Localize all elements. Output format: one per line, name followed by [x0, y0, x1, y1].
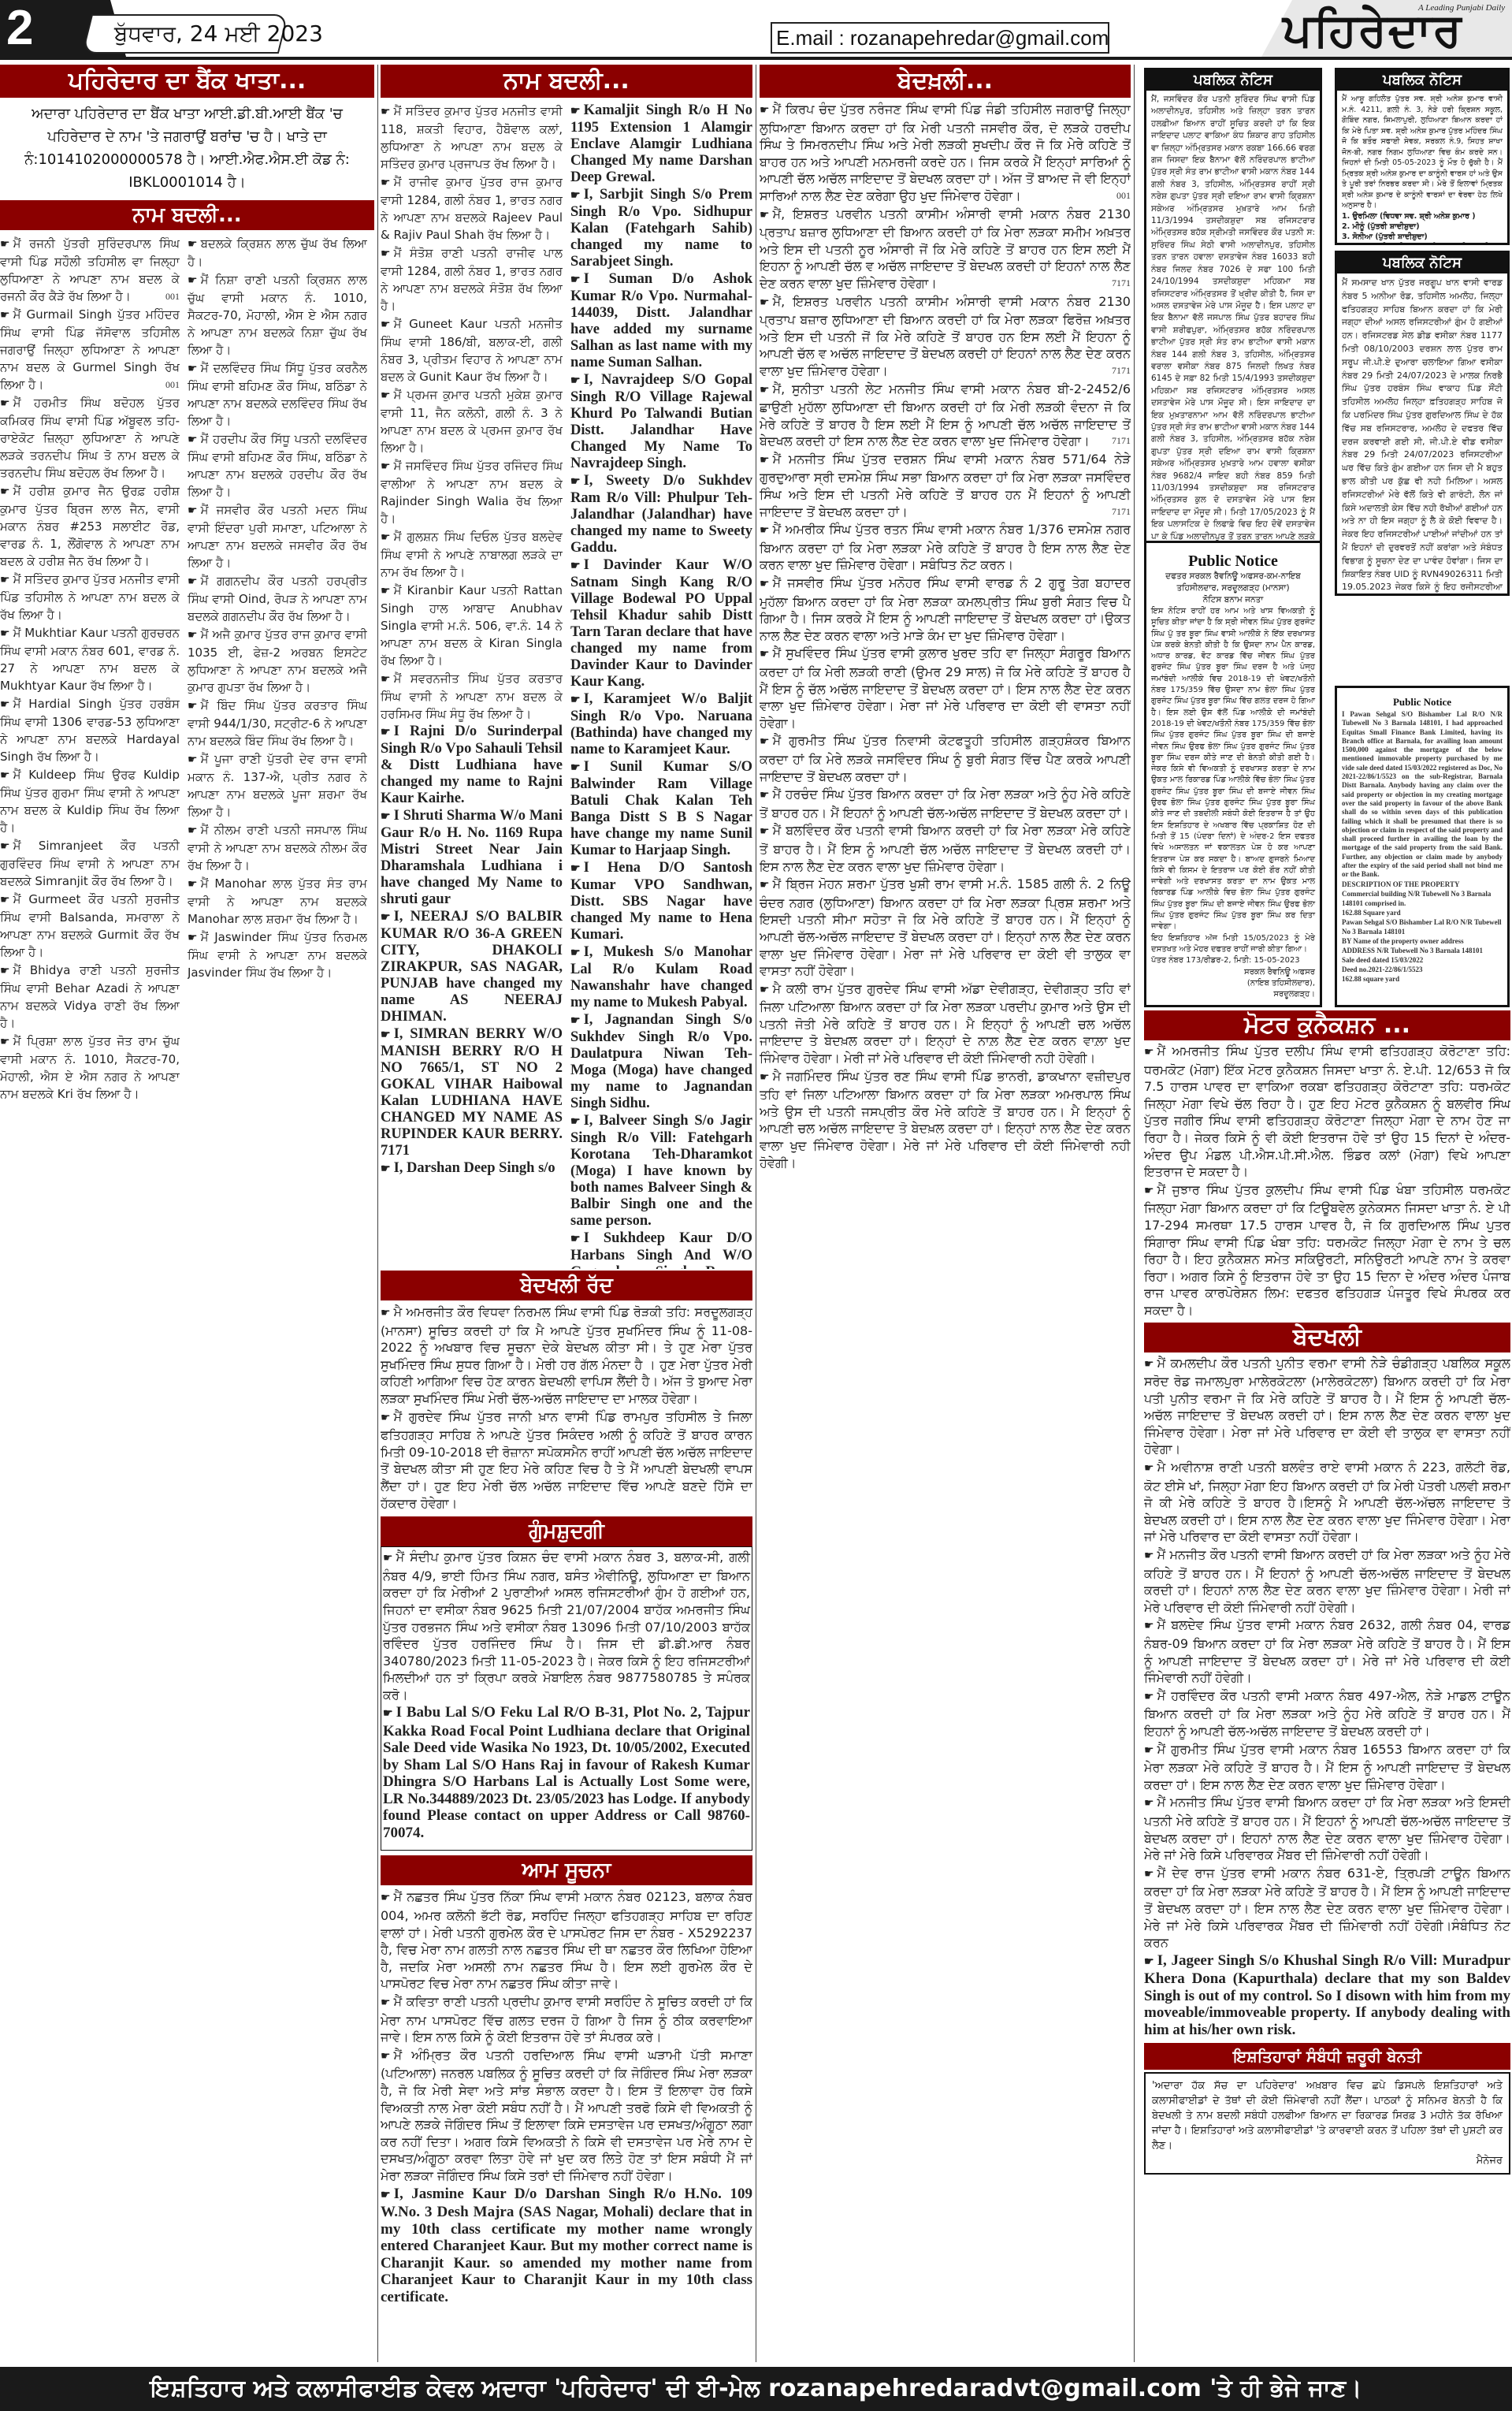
pointing-hand-icon: ☛ — [381, 389, 391, 402]
item-text: ਮੈਂ ਸੰਦੀਪ ਕੁਮਾਰ ਪੁੱਤਰ ਕਿਸ਼ਨ ਚੰਦ ਵਾਸੀ ਮਕਾ… — [383, 1550, 750, 1702]
heir-entry: 2. ਮੀਨੂੰ (ਪੁੱਤਰੀ ਸ਼ਾਦੀਸ਼ੁਦਾ) — [1342, 221, 1503, 232]
pointing-hand-icon: ☛ — [760, 984, 770, 996]
list-item: ☛I Davinder Kaur W/O Satnam Singh Kang R… — [570, 557, 752, 690]
pointing-hand-icon: ☛ — [760, 1071, 770, 1084]
item-text: I Suman D/o Ashok Kumar R/o Vpo. Nurmaha… — [570, 271, 752, 370]
item-text: ਮੈਂ Hardial Singh ਪੁੱਤਰ ਹਰਬੰਸ ਸਿੰਘ ਵਾਸੀ … — [0, 697, 180, 764]
list-item: ☛ਮੈਂ ਗੁਰਮੀਤ ਸਿੰਘ ਪੁੱਤਰ ਨਿਵਾਸੀ ਕੋਟਫਤੂਹੀ ਤ… — [760, 732, 1131, 785]
ad-code: 001 — [165, 288, 180, 305]
list-item: ☛ਮੈਂ ਸੰਤੋਸ਼ ਰਾਣੀ ਪਤਨੀ ਰਾਜੀਵ ਪਾਲ ਵਾਸੀ 128… — [381, 244, 563, 314]
item-text: ਮੈਂ ਹਰੀਸ਼ ਕੁਮਾਰ ਜੈਨ ਉਰਫ਼ ਹਰੀਸ਼ ਕੁਮਾਰ ਪੁੱ… — [0, 484, 180, 568]
public-notice-4-title: Public Notice — [1151, 553, 1315, 571]
public-notice-2: ਪਬਲਿਕ ਨੋਟਿਸ ਮੈਂ ਆਸ਼ੂ ਗਹਿਲੋਤ ਪੁੱਤਰ ਸਵ. ਸ਼… — [1335, 68, 1510, 245]
item-text: I, NEERAJ S/O BALBIR KUMAR R/O 36-A GREE… — [381, 909, 563, 1025]
list-item: ☛ਮੈਂ ਸਵਰਨਜੀਤ ਸਿੰਘ ਪੁੱਤਰ ਕਰਤਾਰ ਸਿੰਘ ਵਾਸੀ … — [381, 670, 563, 723]
ad-code: 001 — [1116, 188, 1131, 205]
list-item: ☛ਮੈਂ ਕਵਿਤਾ ਰਾਣੀ ਪਤਨੀ ਪ੍ਰਦੀਪ ਕੁਮਾਰ ਵਾਸੀ ਸ… — [381, 1993, 752, 2046]
public-notice-2-title: ਪਬਲਿਕ ਨੋਟਿਸ — [1337, 70, 1507, 91]
name-change-list-1: ☛ਮੈਂ ਰਜਨੀ ਪੁੱਤਰੀ ਸੁਰਿੰਦਰਪਾਲ ਸਿੰਘ ਵਾਸੀ ਪਿ… — [0, 235, 180, 1103]
item-text: ਬਦਲਕੇ ਕ੍ਰਿਸ਼ਨ ਲਾਲ ਚੁੱਘ ਰੱਖ ਲਿਆ ਹੈ। — [188, 236, 367, 269]
pointing-hand-icon: ☛ — [760, 648, 770, 660]
pointing-hand-icon: ☛ — [381, 1307, 391, 1319]
list-item: ☛ਮੈਂ Bhidya ਰਾਣੀ ਪਤਨੀ ਸੁਰਜੀਤ ਸਿੰਘ ਵਾਸੀ B… — [0, 962, 180, 1032]
list-item: ☛ਮੈਂ ਜਸਵੀਰ ਸਿੰਘ ਪੁੱਤਰ ਮਨੋਹਰ ਸਿੰਘ ਵਾਸੀ ਵਾ… — [760, 575, 1131, 644]
pointing-hand-icon: ☛ — [0, 574, 10, 586]
public-notice-4-sign-1: ਸਰਕਲ ਰੈਵਨਿਊ ਅਫਸਰ — [1151, 967, 1315, 978]
list-item: ☛ਮੈਂ ਨਛਤਰ ਸਿੰਘ ਪੁੱਤਰ ਨਿੱਕਾ ਸਿੰਘ ਵਾਸੀ ਮਕਾ… — [381, 1888, 752, 1992]
ad-code: 7171 — [1112, 433, 1131, 450]
item-text: ਮੈਂ Guneet Kaur ਪਤਨੀ ਮਨਜੀਤ ਸਿੰਘ ਵਾਸੀ 186… — [381, 317, 563, 384]
pointing-hand-icon: ☛ — [570, 560, 581, 572]
name-change-banner: ਨਾਮ ਬਦਲੀ... — [0, 200, 374, 230]
list-item: ☛ਮੈਂ Manohar ਲਾਲ ਪੁੱਤਰ ਸੰਤ ਰਾਮ ਵਾਸੀ ਨੇ ਆ… — [188, 875, 367, 928]
item-text: ਮੈਂ Kuldeep ਸਿੰਘ ਉਰਫ Kuldip ਸਿੰਘ ਪੁੱਤਰ ਗ… — [0, 768, 180, 835]
list-item: ☛I, NEERAJ S/O BALBIR KUMAR R/O 36-A GRE… — [381, 909, 563, 1025]
list-item: ☛ਬਦਲਕੇ ਕ੍ਰਿਸ਼ਨ ਲਾਲ ਚੁੱਘ ਰੱਖ ਲਿਆ ਹੈ। — [188, 235, 367, 270]
column-right-lower: ਮੋਟਰ ਕੁਨੈਕਸ਼ਨ ... ☛ਮੈਂ ਅਮਰਜੀਤ ਸਿੰਘ ਪੁੱਤਰ… — [1144, 1010, 1510, 2364]
ad-code: 001 — [165, 376, 180, 393]
item-text: ਮੈਂ ਕਿਰਪ ਚੰਦ ਪੁੱਤਰ ਨਰੰਜਣ ਸਿੰਘ ਵਾਸੀ ਪਿੰਡ … — [760, 102, 1131, 203]
pointing-hand-icon: ☛ — [570, 947, 581, 959]
name-change-subcol-1: ☛ਮੈਂ ਰਜਨੀ ਪੁੱਤਰੀ ਸੁਰਿੰਦਰਪਾਲ ਸਿੰਘ ਵਾਸੀ ਪਿ… — [0, 235, 180, 2364]
column-center-left: ਨਾਮ ਬਦਲੀ... ☛ਮੈਂ ਸਤਿੰਦਰ ਕੁਮਾਰ ਪੁੱਤਰ ਮਨਜੀ… — [381, 65, 752, 2364]
list-item: ☛I Rajni D/o Surinderpal Singh R/o Vpo S… — [381, 724, 563, 807]
list-item: ☛ਮੈਂ ਅੰਮ੍ਰਿਤ ਕੌਰ ਪਤਨੀ ਹਰਦਿਆਲ ਸਿੰਘ ਵਾਸੀ ਘ… — [381, 2047, 752, 2185]
public-notice-1-text: ਮੈਂ, ਜਸਵਿੰਦਰ ਕੌਰ ਪਤਨੀ ਸੁਰਿੰਦਰ ਸਿੰਘ ਵਾਸੀ … — [1151, 94, 1315, 584]
pointing-hand-icon: ☛ — [188, 824, 198, 837]
pointing-hand-icon: ☛ — [381, 1412, 391, 1424]
pointing-hand-icon: ☛ — [0, 309, 10, 322]
list-item: ☛ਮੈਂ ਜਸਵਿੰਦਰ ਸਿੰਘ ਪੁੱਤਰ ਰਜਿੰਦਰ ਸਿੰਘ ਵਾਲੀ… — [381, 457, 563, 527]
list-item: ☛ਮੈਂ ਮਨਜੀਤ ਕੌਰ ਪਤਨੀ ਵਾਸੀ ਬਿਆਨ ਕਰਦੀ ਹਾਂ ਕ… — [1144, 1546, 1510, 1616]
item-text: ਮੈਂ Kiranbir Kaur ਪਤਨੀ Rattan Singh ਹਾਲ … — [381, 583, 563, 668]
list-item: ☛ਮੈ ਕਲੀ ਰਾਮ ਪੁੱਤਰ ਗੁਰਦੇਵ ਸਿੰਘ ਵਾਸੀ ਅੱਡਾ … — [760, 980, 1131, 1067]
name-change-subcol-2: ☛ਬਦਲਕੇ ਕ੍ਰਿਸ਼ਨ ਲਾਲ ਚੁੱਘ ਰੱਖ ਲਿਆ ਹੈ।☛ਮੈਂ … — [188, 235, 367, 2364]
item-text: ਮੈਂ ਸੁਖਵਿੰਦਰ ਸਿੰਘ ਪੁੱਤਰ ਵਾਸੀ ਕੁਲਾਰ ਖੁਰਦ … — [760, 646, 1131, 730]
pointing-hand-icon: ☛ — [760, 524, 770, 537]
list-item: ☛ਮੈਂ Hardial Singh ਪੁੱਤਰ ਹਰਬੰਸ ਸਿੰਘ ਵਾਸੀ… — [0, 695, 180, 765]
item-text: ਮੈਂ ਨੀਲਮ ਰਾਣੀ ਪਤਨੀ ਜਸਪਾਲ ਸਿੰਘ ਵਾਸੀ ਨੇ ਆਪ… — [188, 823, 367, 872]
item-text: ਮੈਂ Simranjeet ਕੌਰ ਪਤਨੀ ਗੁਰਵਿੰਦਰ ਸਿੰਘ ਵਾ… — [0, 839, 180, 888]
list-item: ☛ਮੈਂ ਪ੍ਰਮਜ ਕੁਮਾਰ ਪਤਨੀ ਮੁਕੇਸ਼ ਕੁਮਾਰ ਵਾਸੀ … — [381, 386, 563, 456]
item-text: ਮੈਂ ਬਲਵਿੰਦਰ ਕੌਰ ਪਤਨੀ ਵਾਸੀ ਬਿਆਨ ਕਰਦੀ ਹਾਂ … — [760, 823, 1131, 873]
list-item: ☛ਮੈਂ, ਇਸ਼ਰਤ ਪਰਵੀਨ ਪਤਨੀ ਕਾਸੀਮ ਅੰਸਾਰੀ ਵਾਸੀ… — [760, 293, 1131, 380]
disown-list: ☛ਮੈਂ ਕਿਰਪ ਚੰਦ ਪੁੱਤਰ ਨਰੰਜਣ ਸਿੰਘ ਵਾਸੀ ਪਿੰਡ… — [760, 101, 1131, 1171]
pointing-hand-icon: ☛ — [0, 486, 10, 498]
motor-connection-banner: ਮੋਟਰ ਕੁਨੈਕਸ਼ਨ ... — [1144, 1010, 1510, 1040]
masthead-rule — [0, 57, 1512, 60]
item-text: I, Jagnandan Singh S/o Sukhdev Singh R/o… — [570, 1012, 752, 1111]
pointing-hand-icon: ☛ — [570, 375, 581, 387]
page-number: 2 — [6, 2, 33, 55]
list-item: ☛ਮੈਂ Guneet Kaur ਪਤਨੀ ਮਨਜੀਤ ਸਿੰਘ ਵਾਸੀ 18… — [381, 315, 563, 385]
pointing-hand-icon: ☛ — [188, 433, 198, 446]
disown-cancel-list: ☛ਮੈ ਅਮਰਜੀਤ ਕੌਰ ਵਿਧਵਾ ਨਿਰਮਲ ਸਿੰਘ ਵਾਸੀ ਪਿੰ… — [381, 1304, 752, 1512]
list-item: ☛I, Navrajdeep S/O Gopal Singh R/O Villa… — [570, 372, 752, 472]
item-text: I, SIMRAN BERRY W/O MANISH BERRY R/O H N… — [381, 1026, 563, 1159]
pointing-hand-icon: ☛ — [381, 531, 391, 544]
name-change-english-list-b: ☛Kamaljit Singh R/o H No 1195 Extension … — [570, 102, 752, 1269]
pointing-hand-icon: ☛ — [1144, 1691, 1154, 1703]
property-detail-line: 162.88 Square yard — [1342, 908, 1503, 917]
item-text: ਮੈਂ Gurmail Singh ਪੁੱਤਰ ਮਹਿੰਦਰ ਸਿੰਘ ਵਾਸੀ… — [0, 307, 180, 392]
pointing-hand-icon: ☛ — [383, 1552, 393, 1565]
list-item: ☛I, Mukesh S/o Manohar Lal R/o Kulam Roa… — [570, 944, 752, 1011]
list-item: ☛ਮੈਂ ਹਰੀਸ਼ ਕੁਮਾਰ ਜੈਨ ਉਰਫ਼ ਹਰੀਸ਼ ਕੁਮਾਰ ਪੁ… — [0, 482, 180, 570]
list-item: ☛ਮੈਂ Simranjeet ਕੌਰ ਪਤਨੀ ਗੁਰਵਿੰਦਰ ਸਿੰਘ ਵ… — [0, 837, 180, 890]
disown-right-banner: ਬੇਦਖਲੀ — [1144, 1323, 1510, 1352]
pointing-hand-icon: ☛ — [570, 863, 581, 875]
pointing-hand-icon: ☛ — [188, 274, 198, 287]
name-change-english-list-a: ☛I Rajni D/o Surinderpal Singh R/o Vpo S… — [381, 724, 563, 1178]
public-notice-4-text: ਇਸ ਨੋਟਿਸ ਰਾਹੀਂ ਹਰ ਆਮ ਅਤੇ ਖਾਸ ਵਿਅਕਤੀ ਨੂੰ … — [1151, 606, 1315, 933]
list-item: ☛I, Balveer Singh S/o Jagir Singh R/o Vi… — [570, 1113, 752, 1230]
item-text: I, Sweety D/o Sukhdev Ram R/o Vill: Phul… — [570, 473, 752, 556]
item-text: ਮੈਂ ਗੁਰਮੀਤ ਸਿੰਘ ਪੁੱਤਰ ਨਿਵਾਸੀ ਕੋਟਫਤੂਹੀ ਤਹ… — [760, 733, 1131, 783]
item-text: ਮੈਂ Manohar ਲਾਲ ਪੁੱਤਰ ਸੰਤ ਰਾਮ ਵਾਸੀ ਨੇ ਆਪ… — [188, 876, 367, 926]
list-item: ☛I, Jasmine Kaur D/o Darshan Singh R/o H… — [381, 2186, 752, 2306]
item-text: I, Mukesh S/o Manohar Lal R/o Kulam Road… — [570, 944, 752, 1010]
item-text: I Sunil Kumar S/O Balwinder Ram Village … — [570, 759, 752, 858]
pointing-hand-icon: ☛ — [1144, 1550, 1154, 1562]
ad-code: 7171 — [1112, 504, 1131, 521]
missing-list: ☛ਮੈਂ ਸੰਦੀਪ ਕੁਮਾਰ ਪੁੱਤਰ ਕਿਸ਼ਨ ਚੰਦ ਵਾਸੀ ਮਕ… — [381, 1546, 752, 1851]
pointing-hand-icon: ☛ — [188, 363, 198, 375]
pointing-hand-icon: ☛ — [381, 1996, 391, 2009]
pointing-hand-icon: ☛ — [188, 700, 198, 713]
item-text: I Sukhdeep Kaur D/O Harbans Singh And W/… — [570, 1230, 752, 1269]
list-item: ☛ਮੈ ਅਮਰਜੀਤ ਕੌਰ ਵਿਧਵਾ ਨਿਰਮਲ ਸਿੰਘ ਵਾਸੀ ਪਿੰ… — [381, 1304, 752, 1408]
list-item: ☛I Shruti Sharma W/o Mani Gaur R/o H. No… — [381, 808, 563, 908]
list-item: ☛ਮੈਂ ਕਮਲਦੀਪ ਕੌਰ ਪਤਨੀ ਪੁਨੀਤ ਵਰਮਾ ਵਾਸੀ ਨੇੜ… — [1144, 1355, 1510, 1459]
motor-connection-list: ☛ਮੈਂ ਅਮਰਜੀਤ ਸਿੰਘ ਪੁੱਤਰ ਦਲੀਪ ਸਿੰਘ ਵਾਸੀ ਫਤ… — [1144, 1043, 1510, 1319]
pointing-hand-icon: ☛ — [760, 578, 770, 590]
list-item: ☛ਮੈਂ ਬਲਦੇਵ ਸਿੰਘ ਪੁੱਤਰ ਵਾਸੀ ਮਕਾਨ ਨੰਬਰ 263… — [1144, 1617, 1510, 1686]
column-left: ਪਹਿਰੇਦਾਰ ਦਾ ਬੈਂਕ ਖਾਤਾ... ਅਦਾਰਾ ਪਹਿਰੇਦਾਰ … — [0, 65, 374, 2364]
list-item: ☛ਮੈਂ ਅਮਰੀਕ ਸਿੰਘ ਪੁੱਤਰ ਰਤਨ ਸਿੰਘ ਵਾਸੀ ਮਕਾਨ… — [760, 521, 1131, 574]
item-text: ਮੈਂ, ਸੁਨੀਤਾ ਪਤਨੀ ਲੇਟ ਮਨਜੀਤ ਸਿੰਘ ਵਾਸੀ ਮਕਾ… — [760, 381, 1131, 449]
public-notice-5: Public Notice I Pawan Sehgal S/O Bishamb… — [1335, 686, 1510, 1007]
item-text: ਮੈਂ Bhidya ਰਾਣੀ ਪਤਨੀ ਸੁਰਜੀਤ ਸਿੰਘ ਵਾਸੀ Be… — [0, 963, 180, 1030]
pointing-hand-icon: ☛ — [381, 1163, 391, 1175]
list-item: ☛ਮੈਂ ਮਨਜੀਤ ਸਿੰਘ ਪੁੱਤਰ ਵਾਸੀ ਬਿਆਨ ਕਰਦਾ ਹਾਂ… — [1144, 1794, 1510, 1863]
heir-entry: 1. ਉਰਮਿਲਾ (ਵਿਧਵਾ ਸਵ. ਸ਼੍ਰੀ ਅਨੇਸ਼ ਕੁਮਾਰ ) — [1342, 211, 1503, 221]
item-text: ਮੈਂ ਅਜੈ ਕੁਮਾਰ ਪੁੱਤਰ ਰਾਜ ਕੁਮਾਰ ਵਾਸੀ 1035 … — [188, 627, 367, 694]
list-item: ☛ਮੈਂ ਅਜੈ ਕੁਮਾਰ ਪੁੱਤਰ ਰਾਜ ਕੁਮਾਰ ਵਾਸੀ 1035… — [188, 626, 367, 696]
item-text: I Shruti Sharma W/o Mani Gaur R/o H. No.… — [381, 808, 563, 907]
list-item: ☛ਮੈਂ ਸੰਦੀਪ ਕੁਮਾਰ ਪੁੱਤਰ ਕਿਸ਼ਨ ਚੰਦ ਵਾਸੀ ਮਕ… — [383, 1549, 750, 1703]
public-notice-3: ਪਬਲਿਕ ਨੋਟਿਸ ਮੈਂ ਸਮਸਾਦ ਖਾਨ ਪੁੱਤਰ ਜਰਗੂਪ ਖਾ… — [1335, 251, 1510, 596]
pointing-hand-icon: ☛ — [1144, 1358, 1154, 1371]
list-item: ☛ਮੈਂ ਗੁਰਮੀਤ ਸਿੰਘ ਪੁੱਤਰ ਵਾਸੀ ਮਕਾਨ ਨੰਬਰ 16… — [1144, 1741, 1510, 1794]
list-item: ☛ਮੈਂ ਗੁਲਸ਼ਨ ਸਿੰਘ ਦਿਓਲ ਪੁੱਤਰ ਬਲਦੇਵ ਸਿੰਘ ਵ… — [381, 528, 563, 581]
pointing-hand-icon: ☛ — [188, 238, 198, 251]
pointing-hand-icon: ☛ — [570, 106, 581, 117]
pointing-hand-icon: ☛ — [760, 104, 770, 117]
item-text: ਮੈਂ ਦਲਵਿੰਦਰ ਸਿੰਘ ਸਿੱਧੂ ਪੁੱਤਰ ਕਰਨੈਲ ਸਿੰਘ … — [188, 361, 367, 428]
list-item: ☛ਮੈਂ Jaswinder ਸਿੰਘ ਪੁੱਤਰ ਨਿਰਮਲ ਸਿੰਘ ਵਾਸ… — [188, 928, 367, 981]
item-text: ਮੈਂ Mukhtiar Kaur ਪਤਨੀ ਗੁਰਚਰਨ ਸਿੰਘ ਵਾਸੀ … — [0, 626, 180, 693]
list-item: ☛I, SIMRAN BERRY W/O MANISH BERRY R/O H … — [381, 1026, 563, 1159]
item-text: I, Karamjeet W/o Baljit Singh R/o Vpo. N… — [570, 691, 752, 757]
item-text: ਮੈ ਅਮਰਜੀਤ ਕੌਰ ਵਿਧਵਾ ਨਿਰਮਲ ਸਿੰਘ ਵਾਸੀ ਪਿੰਡ… — [381, 1304, 752, 1406]
list-item: ☛ਮੈਂ ਸੁਖਵਿੰਦਰ ਸਿੰਘ ਪੁੱਤਰ ਵਾਸੀ ਕੁਲਾਰ ਖੁਰਦ… — [760, 645, 1131, 731]
item-text: ਮੈਂ ਹਰਮੀਤ ਸਿੰਘ ਬਦੋਹਲ ਪੁੱਤਰ ਕਮਿਕਰ ਸਿੰਘ ਵਾ… — [0, 396, 180, 480]
item-text: ਮੈਂ ਮਨਜੀਤ ਕੌਰ ਪਤਨੀ ਵਾਸੀ ਬਿਆਨ ਕਰਦੀ ਹਾਂ ਕਿ… — [1144, 1547, 1510, 1615]
public-notice-4-heading: ਨੋਟਿਸ ਬਨਾਮ ਜਨਤਾ — [1151, 594, 1315, 606]
item-text: ਮੈਂ ਸਤਿੰਦਰ ਕੁਮਾਰ ਪੁੱਤਰ ਮਨਜੀਤ ਵਾਸੀ ਪਿੰਡ ਤ… — [0, 572, 180, 622]
property-detail-line: BY Name of the property owner address — [1342, 936, 1503, 946]
list-item: ☛I, Karamjeet W/o Baljit Singh R/o Vpo. … — [570, 691, 752, 758]
public-notice-4-office-2: ਤਹਿਸੀਲਦਾਰ, ਸਰਦੂਲਗੜ੍ਹ (ਮਾਨਸਾ) — [1151, 582, 1315, 594]
pointing-hand-icon: ☛ — [760, 209, 770, 221]
item-text: ਮੈਂ ਗੁਰਮੀਤ ਸਿੰਘ ਪੁੱਤਰ ਵਾਸੀ ਮਕਾਨ ਨੰਬਰ 165… — [1144, 1742, 1510, 1792]
public-notice-4-sign-2: (ਨਾਇਬ ਤਹਿਸੀਲਦਾਰ), — [1151, 978, 1315, 989]
pointing-hand-icon: ☛ — [0, 965, 10, 977]
disown-banner: ਬੇਦਖ਼ਲੀ... — [760, 65, 1131, 98]
public-notice-4-letter: ਪੱਤਰ ਨੰਬਰ 173/ਰੀਡਰ-2, ਮਿਤੀ: 15-05-2023 — [1151, 955, 1315, 966]
item-text: ਮੈਂ ਸਤਿੰਦਰ ਕੁਮਾਰ ਪੁੱਤਰ ਮਨਜੀਤ ਵਾਸੀ 118, ਸ… — [381, 104, 563, 171]
list-item: ☛I, Sweety D/o Sukhdev Ram R/o Vill: Phu… — [570, 473, 752, 556]
name-change-banner-2: ਨਾਮ ਬਦਲੀ... — [381, 65, 752, 98]
item-text: ਮੈ ਕਲੀ ਰਾਮ ਪੁੱਤਰ ਗੁਰਦੇਵ ਸਿੰਘ ਵਾਸੀ ਅੱਡਾ ਦ… — [760, 981, 1131, 1066]
list-item: ☛ਮੈਂ ਪੂਜਾ ਰਾਣੀ ਪੁੱਤਰੀ ਦੇਵ ਰਾਜ ਵਾਸੀ ਮਕਾਨ … — [188, 750, 367, 820]
item-text: I Hena D/O Santosh Kumar VPO Sandhwan, D… — [570, 860, 752, 943]
list-item: ☛I Sukhdeep Kaur D/O Harbans Singh And W… — [570, 1230, 752, 1269]
pointing-hand-icon: ☛ — [760, 454, 770, 467]
pointing-hand-icon: ☛ — [381, 811, 391, 823]
list-item: ☛ਮੈ ਅਵੀਨਾਸ਼ ਰਾਣੀ ਪਤਨੀ ਬਲਵੰਤ ਰਾਏ ਵਾਸੀ ਮਕਾ… — [1144, 1459, 1510, 1546]
pointing-hand-icon: ☛ — [760, 735, 770, 748]
column-divider — [1134, 65, 1135, 2362]
list-item: ☛ਮੈਂ Gurmail Singh ਪੁੱਤਰ ਮਹਿੰਦਰ ਸਿੰਘ ਵਾਸ… — [0, 306, 180, 393]
pointing-hand-icon: ☛ — [381, 2190, 391, 2201]
pointing-hand-icon: ☛ — [0, 894, 10, 906]
item-text: ਮੈਂ ਹਰਦੀਪ ਕੌਰ ਸਿੱਧੂ ਪਤਨੀ ਦਲਵਿੰਦਰ ਸਿੰਘ ਵਾ… — [188, 432, 367, 499]
pointing-hand-icon: ☛ — [383, 1708, 393, 1720]
pointing-hand-icon: ☛ — [381, 585, 391, 597]
pointing-hand-icon: ☛ — [188, 629, 198, 642]
pointing-hand-icon: ☛ — [1144, 1046, 1154, 1059]
list-item: ☛ਮੈ ਜਗਮਿੰਦਰ ਸਿੰਘ ਪੁੱਤਰ ਰਣ ਸਿੰਘ ਵਾਸੀ ਪਿੰਡ… — [760, 1068, 1131, 1172]
item-text: ਮੈਂ ਹਰਚੰਦ ਸਿੰਘ ਪੁੱਤਰ ਬਿਆਨ ਕਰਦਾ ਹਾਂ ਕਿ ਮੇ… — [760, 787, 1131, 820]
item-text: ਮੈਂ ਪ੍ਰਮਜ ਕੁਮਾਰ ਪਤਨੀ ਮੁਕੇਸ਼ ਕੁਮਾਰ ਵਾਸੀ 1… — [381, 388, 563, 455]
column-divider — [377, 65, 378, 2362]
list-item: ☛ਮੈਂ ਗਗਨਦੀਪ ਕੌਰ ਪਤਨੀ ਹਰਪ੍ਰੀਤ ਸਿੰਘ ਵਾਸੀ O… — [188, 572, 367, 625]
pointing-hand-icon: ☛ — [381, 1029, 391, 1041]
public-notice-3-title: ਪਬਲਿਕ ਨੋਟਿਸ — [1337, 253, 1507, 273]
property-detail-line: Sale deed dated 15/03/2022 — [1342, 955, 1503, 965]
list-item: ☛I, Jageer Singh S/o Khushal Singh R/o V… — [1144, 1952, 1510, 2039]
item-text: ਮੈਂ ਰਜਨੀ ਪੁੱਤਰੀ ਸੁਰਿੰਦਰਪਾਲ ਸਿੰਘ ਵਾਸੀ ਪਿੰ… — [0, 236, 180, 303]
pointing-hand-icon: ☛ — [188, 575, 198, 588]
pointing-hand-icon: ☛ — [0, 238, 10, 251]
public-notice-4-sign-3: ਸਰਦੂਲਗੜ੍ਹ। — [1151, 989, 1315, 1000]
heir-entry: 3. ਸੋਨੀਆ (ਪੁੱਤਰੀ ਸ਼ਾਦੀਸ਼ੁਦਾ) — [1342, 232, 1503, 242]
pointing-hand-icon: ☛ — [570, 1116, 581, 1128]
public-notice-2-intro: ਮੈਂ ਆਸ਼ੂ ਗਹਿਲੋਤ ਪੁੱਤਰ ਸਵ. ਸ਼੍ਰੀ ਅਨੇਸ਼ ਕੁ… — [1342, 94, 1503, 211]
list-item: ☛I Suman D/o Ashok Kumar R/o Vpo. Nurmah… — [570, 271, 752, 371]
item-text: ਮੈਂ ਮਨਜੀਤ ਸਿੰਘ ਪੁੱਤਰ ਵਾਸੀ ਬਿਆਨ ਕਰਦਾ ਹਾਂ … — [1144, 1795, 1510, 1862]
item-text: ਮੈਂ ਸੰਤੋਸ਼ ਰਾਣੀ ਪਤਨੀ ਰਾਜੀਵ ਪਾਲ ਵਾਸੀ 1284… — [381, 246, 563, 313]
public-notice-1: ਪਬਲਿਕ ਨੋਟਿਸ ਮੈਂ, ਜਸਵਿੰਦਰ ਕੌਰ ਪਤਨੀ ਸੁਰਿੰਦ… — [1144, 68, 1322, 584]
pointing-hand-icon: ☛ — [570, 762, 581, 774]
footer-banner: ਇਸ਼ਤਿਹਾਰ ਅਤੇ ਕਲਾਸੀਫਾਈਡ ਕੇਵਲ ਅਦਾਰਾ 'ਪਹਿਰੇ… — [0, 2367, 1512, 2411]
pointing-hand-icon: ☛ — [188, 878, 198, 891]
general-notice-list: ☛ਮੈਂ ਨਛਤਰ ਸਿੰਘ ਪੁੱਤਰ ਨਿੱਕਾ ਸਿੰਘ ਵਾਸੀ ਮਕਾ… — [381, 1888, 752, 2305]
item-text: ਮੈਂ Gurmeet ਕੌਰ ਪਤਨੀ ਸੁਰਜੀਤ ਸਿੰਘ ਵਾਸੀ Ba… — [0, 892, 180, 959]
ad-code: 7171 — [1112, 275, 1131, 292]
heir-entry: 4. ਪੂਜਾ (ਪੁੱਤਰੀ ਸ਼ਾਦੀਸ਼ੁਦਾ) 5. ਨੇਹਾ (ਪੁੱ… — [1342, 242, 1503, 246]
item-text: ਮੈਂ ਬਲਦੇਵ ਸਿੰਘ ਪੁੱਤਰ ਵਾਸੀ ਮਕਾਨ ਨੰਬਰ 2632… — [1144, 1617, 1510, 1685]
pointing-hand-icon: ☛ — [381, 460, 391, 473]
pointing-hand-icon: ☛ — [381, 727, 391, 739]
logo-tagline: A Leading Punjabi Daily — [1418, 3, 1505, 13]
list-item: ☛ਮੈਂ Kiranbir Kaur ਪਤਨੀ Rattan Singh ਹਾਲ… — [381, 582, 563, 669]
list-item: ☛ਮੈਂ ਦੇਵ ਰਾਜ ਪੁੱਤਰ ਵਾਸੀ ਮਕਾਨ ਨੰਬਰ 631-ਏ,… — [1144, 1865, 1510, 1951]
item-text: I, Jasmine Kaur D/o Darshan Singh R/o H.… — [381, 2186, 752, 2305]
item-text: ਮੈਂ ਜਸਵਿੰਦਰ ਸਿੰਘ ਪੁੱਤਰ ਰਜਿੰਦਰ ਸਿੰਘ ਵਾਲੀਆ… — [381, 459, 563, 526]
list-item: ☛ਮੈਂ ਨੀਲਮ ਰਾਣੀ ਪਤਨੀ ਜਸਪਾਲ ਸਿੰਘ ਵਾਸੀ ਨੇ ਆ… — [188, 821, 367, 874]
public-notice-4-issue: ਇਹ ਇਸ਼ਤਿਹਾਰ ਅੱਜ ਮਿਤੀ 15/05/2023 ਨੂੰ ਮੇਰੇ… — [1151, 933, 1315, 956]
pointing-hand-icon: ☛ — [1144, 1620, 1154, 1632]
item-text: ਮੈਂ ਕਵਿਤਾ ਰਾਣੀ ਪਤਨੀ ਪ੍ਰਦੀਪ ਕੁਮਾਰ ਵਾਸੀ ਸਰ… — [381, 1994, 752, 2045]
item-text: ਮੈਂ ਅੰਮ੍ਰਿਤ ਕੌਰ ਪਤਨੀ ਹਰਦਿਆਲ ਸਿੰਘ ਵਾਸੀ ਘੜ… — [381, 2048, 752, 2183]
masthead-email[interactable]: E.mail : rozanapehredar@gmail.com — [776, 26, 1109, 50]
list-item: ☛ਮੈਂ ਗੁਰਦੇਵ ਸਿੰਘ ਪੁੱਤਰ ਜਾਨੀ ਖ਼ਾਨ ਵਾਸੀ ਪਿ… — [381, 1408, 752, 1512]
item-text: ਮੈਂ ਹਰਵਿੰਦਰ ਕੌਰ ਪਤਨੀ ਵਾਸੀ ਮਕਾਨ ਨੰਬਰ 497-… — [1144, 1688, 1510, 1739]
item-text: ਮੈ ਅਵੀਨਾਸ਼ ਰਾਣੀ ਪਤਨੀ ਬਲਵੰਤ ਰਾਏ ਵਾਸੀ ਮਕਾਨ… — [1144, 1460, 1510, 1544]
pointing-hand-icon: ☛ — [570, 274, 581, 286]
pointing-hand-icon: ☛ — [0, 840, 10, 853]
pointing-hand-icon: ☛ — [570, 190, 581, 202]
item-text: ਮੈਂ ਜਸਵੀਰ ਸਿੰਘ ਪੁੱਤਰ ਮਨੋਹਰ ਸਿੰਘ ਵਾਸੀ ਵਾਰ… — [760, 575, 1131, 643]
pointing-hand-icon: ☛ — [188, 753, 198, 766]
public-notice-3-text: ਮੈਂ ਸਮਸਾਦ ਖਾਨ ਪੁੱਤਰ ਜਰਗੂਪ ਖਾਨ ਵਾਸੀ ਵਾਰਡ … — [1342, 277, 1503, 596]
pointing-hand-icon: ☛ — [381, 1892, 391, 1904]
list-item: ☛ਮੈਂ ਹਰਚੰਦ ਸਿੰਘ ਪੁੱਤਰ ਬਿਆਨ ਕਰਦਾ ਹਾਂ ਕਿ ਮ… — [760, 786, 1131, 821]
item-text: ਮੈਂ ਅਮਰਜੀਤ ਸਿੰਘ ਪੁੱਤਰ ਦਲੀਪ ਸਿੰਘ ਵਾਸੀ ਫਤਿ… — [1144, 1044, 1510, 1179]
item-text: ਮੈਂ ਰਾਜੀਵ ਕੁਮਾਰ ਪੁੱਤਰ ਰਾਜ ਕੁਮਾਰ ਵਾਸੀ 128… — [381, 175, 563, 242]
public-notice-5-text: I Pawan Sehgal S/O Bishamber Lal R/O N/R… — [1342, 710, 1503, 880]
item-text: ਮੈਂ Jaswinder ਸਿੰਘ ਪੁੱਤਰ ਨਿਰਮਲ ਸਿੰਘ ਵਾਸੀ… — [188, 930, 367, 980]
list-item: ☛ਮੈਂ ਬ੍ਰਿਜ ਮੋਹਨ ਸ਼ਰਮਾ ਪੁੱਤਰ ਖੁਸ਼ੀ ਰਾਮ ਵਾ… — [760, 876, 1131, 980]
property-detail-line: ADDRESS N/R Tubewell No 3 Barnala 148101 — [1342, 946, 1503, 955]
appeal-box: 'ਅਦਾਰਾ ਹੱਕ ਸੱਚ ਦਾ ਪਹਿਰੇਦਾਰ' ਅਖ਼ਬਾਰ ਵਿਚ ਛ… — [1144, 2072, 1510, 2175]
pointing-hand-icon: ☛ — [1144, 1744, 1154, 1757]
item-text: ਮੈਂ, ਇਸ਼ਰਤ ਪਰਵੀਨ ਪਤਨੀ ਕਾਸੀਮ ਅੰਸਾਰੀ ਵਾਸੀ … — [760, 294, 1131, 378]
disown-cancel-banner: ਬੇਦਖਲੀ ਰੱਦ — [381, 1271, 752, 1300]
column-divider — [756, 65, 756, 2362]
pointing-hand-icon: ☛ — [760, 789, 770, 802]
pointing-hand-icon: ☛ — [188, 504, 198, 517]
pointing-hand-icon: ☛ — [0, 769, 10, 782]
pointing-hand-icon: ☛ — [381, 177, 391, 189]
list-item: ☛ਮੈਂ Mukhtiar Kaur ਪਤਨੀ ਗੁਰਚਰਨ ਸਿੰਘ ਵਾਸੀ… — [0, 624, 180, 694]
item-text: ਮੈਂ ਜੁਝਾਰ ਸਿੰਘ ਪੁੱਤਰ ਕੁਲਦੀਪ ਸਿੰਘ ਵਾਸੀ ਪਿ… — [1144, 1182, 1510, 1318]
general-notice-banner: ਆਮ ਸੂਚਨਾ — [381, 1855, 752, 1885]
item-text: Kamaljit Singh R/o H No 1195 Extension 1… — [570, 102, 752, 185]
item-text: ਮੈਂ ਗੁਰਦੇਵ ਸਿੰਘ ਪੁੱਤਰ ਜਾਨੀ ਖ਼ਾਨ ਵਾਸੀ ਪਿੰ… — [381, 1409, 752, 1511]
pointing-hand-icon: ☛ — [570, 476, 581, 488]
public-notice-4-office: ਦਫਤਰ ਸਰਕਲ ਰੈਵਨਿਊ ਅਫਸਰ-ਕਮ-ਨਾਇਬ — [1151, 571, 1315, 582]
pointing-hand-icon: ☛ — [760, 296, 770, 309]
pointing-hand-icon: ☛ — [760, 825, 770, 838]
property-detail-line: Deed no.2021-22/86/1/5523 — [1342, 965, 1503, 974]
item-text: I, Jageer Singh S/o Khushal Singh R/o Vi… — [1144, 1952, 1510, 2038]
list-item: ☛I Babu Lal S/O Feku Lal R/O B-31, Plot … — [383, 1704, 750, 1841]
item-text: ਮੈਂ ਬਿੰਦ ਸਿੰਘ ਪੁੱਤਰ ਕਰਤਾਰ ਸਿੰਘ ਵਾਸੀ 944/… — [188, 698, 367, 748]
list-item: ☛I, Jagnandan Singh S/o Sukhdev Singh R/… — [570, 1012, 752, 1112]
list-item: ☛ਮੈਂ ਹਰਮੀਤ ਸਿੰਘ ਬਦੋਹਲ ਪੁੱਤਰ ਕਮਿਕਰ ਸਿੰਘ ਵ… — [0, 394, 180, 482]
property-detail-line: Commercial building N/R Tubewell No 3 Ba… — [1342, 889, 1503, 908]
pointing-hand-icon: ☛ — [381, 318, 391, 331]
item-text: I, Darshan Deep Singh s/o — [394, 1160, 555, 1176]
item-text: I Davinder Kaur W/O Satnam Singh Kang R/… — [570, 557, 752, 690]
item-text: ਮੈਂ ਪ੍ਰਿਸ਼ਾ ਲਾਲ ਪੁੱਤਰ ਜੋਤ ਰਾਮ ਚੁੱਘ ਵਾਸੀ … — [0, 1034, 180, 1101]
list-item: ☛ਮੈਂ ਕਿਰਪ ਚੰਦ ਪੁੱਤਰ ਨਰੰਜਣ ਸਿੰਘ ਵਾਸੀ ਪਿੰਡ… — [760, 101, 1131, 205]
item-text: ਮੈਂ ਪੂਜਾ ਰਾਣੀ ਪੁੱਤਰੀ ਦੇਵ ਰਾਜ ਵਾਸੀ ਮਕਾਨ ਨ… — [188, 752, 367, 819]
list-item: ☛ਮੈਂ ਜੁਝਾਰ ਸਿੰਘ ਪੁੱਤਰ ਕੁਲਦੀਪ ਸਿੰਘ ਵਾਸੀ ਪ… — [1144, 1181, 1510, 1319]
list-item: ☛I, Sarbjit Singh S/o Prem Singh R/o Vpo… — [570, 187, 752, 270]
property-detail-line: 162.88 square yard — [1342, 974, 1503, 984]
property-detail-line: DESCRIPTION OF THE PROPERTY — [1342, 880, 1503, 889]
pointing-hand-icon: ☛ — [381, 247, 391, 260]
name-change-subcol-4: ☛Kamaljit Singh R/o H No 1195 Extension … — [570, 102, 752, 1269]
item-text: ਮੈਂ ਸਵਰਨਜੀਤ ਸਿੰਘ ਪੁੱਤਰ ਕਰਤਾਰ ਸਿੰਘ ਵਾਸੀ ਨ… — [381, 672, 563, 721]
list-item: ☛ਮੈਂ ਜਸਵੀਰ ਕੌਰ ਪਤਨੀ ਮਦਨ ਸਿੰਘ ਵਾਸੀ ਇੰਦਰਾ … — [188, 501, 367, 571]
list-item: ☛ਮੈਂ ਰਾਜੀਵ ਕੁਮਾਰ ਪੁੱਤਰ ਰਾਜ ਕੁਮਾਰ ਵਾਸੀ 12… — [381, 173, 563, 244]
heirs-list: 1. ਉਰਮਿਲਾ (ਵਿਧਵਾ ਸਵ. ਸ਼੍ਰੀ ਅਨੇਸ਼ ਕੁਮਾਰ )… — [1342, 211, 1503, 246]
issue-date: ਬੁੱਧਵਾਰ, 24 ਮਈ 2023 — [114, 20, 323, 47]
pointing-hand-icon: ☛ — [570, 1233, 581, 1245]
item-text: ਮੈਂ ਗੁਲਸ਼ਨ ਸਿੰਘ ਦਿਓਲ ਪੁੱਤਰ ਬਲਦੇਵ ਸਿੰਘ ਵਾ… — [381, 530, 563, 579]
list-item: ☛ਮੈਂ ਹਰਵਿੰਦਰ ਕੌਰ ਪਤਨੀ ਵਾਸੀ ਮਕਾਨ ਨੰਬਰ 497… — [1144, 1687, 1510, 1740]
pointing-hand-icon: ☛ — [188, 932, 198, 944]
appeal-text: 'ਅਦਾਰਾ ਹੱਕ ਸੱਚ ਦਾ ਪਹਿਰੇਦਾਰ' ਅਖ਼ਬਾਰ ਵਿਚ ਛ… — [1152, 2080, 1503, 2152]
bank-account-banner: ਪਹਿਰੇਦਾਰ ਦਾ ਬੈਂਕ ਖਾਤਾ... — [0, 65, 374, 98]
pointing-hand-icon: ☛ — [760, 384, 770, 396]
property-description: DESCRIPTION OF THE PROPERTYCommercial bu… — [1342, 880, 1503, 984]
list-item: ☛ਮੈਂ ਹਰਦੀਪ ਕੌਰ ਸਿੱਧੂ ਪਤਨੀ ਦਲਵਿੰਦਰ ਸਿੰਘ ਵ… — [188, 430, 367, 500]
appeal-signature: ਮੈਨੇਜਰ — [1152, 2153, 1503, 2168]
item-text: ਮੈਂ ਨਿਸ਼ਾ ਰਾਣੀ ਪਤਨੀ ਕ੍ਰਿਸ਼ਨ ਲਾਲ ਚੁੱਘ ਵਾਸ… — [188, 273, 367, 357]
item-text: ਮੈਂ ਅਮਰੀਕ ਸਿੰਘ ਪੁੱਤਰ ਰਤਨ ਸਿੰਘ ਵਾਸੀ ਮਕਾਨ … — [760, 522, 1131, 572]
list-item: ☛ਮੈਂ ਨਿਸ਼ਾ ਰਾਣੀ ਪਤਨੀ ਕ੍ਰਿਸ਼ਨ ਲਾਲ ਚੁੱਘ ਵਾ… — [188, 271, 367, 359]
pointing-hand-icon: ☛ — [570, 1015, 581, 1027]
list-item: ☛ਮੈਂ Kuldeep ਸਿੰਘ ਉਰਫ Kuldip ਸਿੰਘ ਪੁੱਤਰ … — [0, 766, 180, 836]
name-change-list-3: ☛ਮੈਂ ਸਤਿੰਦਰ ਕੁਮਾਰ ਪੁੱਤਰ ਮਨਜੀਤ ਵਾਸੀ 118, … — [381, 102, 563, 723]
item-text: ਮੈ ਜਗਮਿੰਦਰ ਸਿੰਘ ਪੁੱਤਰ ਰਣ ਸਿੰਘ ਵਾਸੀ ਪਿੰਡ … — [760, 1069, 1131, 1170]
item-text: ਮੈਂ ਬ੍ਰਿਜ ਮੋਹਨ ਸ਼ਰਮਾ ਪੁੱਤਰ ਖੁਸ਼ੀ ਰਾਮ ਵਾਸ… — [760, 876, 1131, 978]
list-item: ☛I Hena D/O Santosh Kumar VPO Sandhwan, … — [570, 860, 752, 943]
pointing-hand-icon: ☛ — [381, 2050, 391, 2063]
list-item: ☛Kamaljit Singh R/o H No 1195 Extension … — [570, 102, 752, 186]
list-item: ☛ਮੈਂ ਰਜਨੀ ਪੁੱਤਰੀ ਸੁਰਿੰਦਰਪਾਲ ਸਿੰਘ ਵਾਸੀ ਪਿ… — [0, 235, 180, 305]
pointing-hand-icon: ☛ — [381, 912, 391, 924]
list-item: ☛ਮੈਂ ਬਲਵਿੰਦਰ ਕੌਰ ਪਤਨੀ ਵਾਸੀ ਬਿਆਨ ਕਰਦੀ ਹਾਂ… — [760, 822, 1131, 875]
name-change-subcol-3: ☛ਮੈਂ ਸਤਿੰਦਰ ਕੁਮਾਰ ਪੁੱਤਰ ਮਨਜੀਤ ਵਾਸੀ 118, … — [381, 102, 563, 1269]
pointing-hand-icon: ☛ — [1144, 1868, 1154, 1881]
list-item: ☛ਮੈਂ ਮਨਜੀਤ ਸਿੰਘ ਪੁੱਤਰ ਦਰਸ਼ਨ ਸਿੰਘ ਵਾਸੀ ਮਕ… — [760, 451, 1131, 520]
list-item: ☛ਮੈਂ, ਸੁਨੀਤਾ ਪਤਨੀ ਲੇਟ ਮਨਜੀਤ ਸਿੰਘ ਵਾਸੀ ਮਕ… — [760, 381, 1131, 450]
list-item: ☛I, Darshan Deep Singh s/o — [381, 1160, 563, 1178]
pointing-hand-icon: ☛ — [0, 698, 10, 711]
list-item: ☛ਮੈਂ, ਇਸ਼ਰਤ ਪਰਵੀਨ ਪਤਨੀ ਕਾਸੀਮ ਅੰਸਾਰੀ ਵਾਸੀ… — [760, 206, 1131, 292]
pointing-hand-icon: ☛ — [381, 106, 391, 118]
item-text: I Babu Lal S/O Feku Lal R/O B-31, Plot N… — [383, 1704, 750, 1841]
item-text: I, Navrajdeep S/O Gopal Singh R/O Villag… — [570, 372, 752, 471]
